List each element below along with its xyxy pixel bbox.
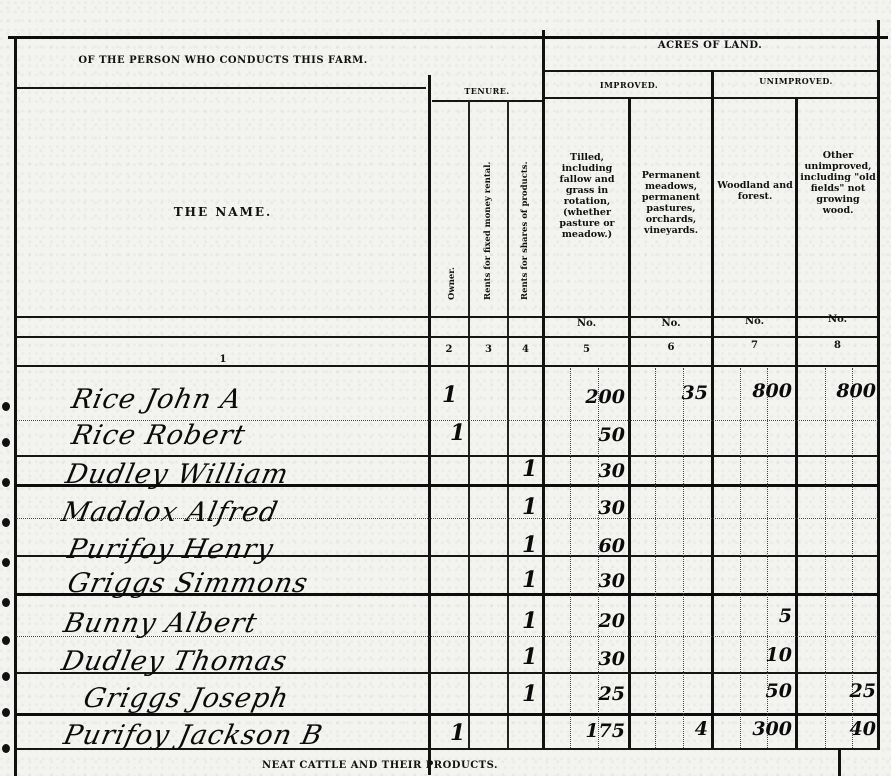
column-number: 6 [631, 342, 711, 353]
tilled-value: 60 [555, 535, 625, 557]
owner-mark: 1 [450, 420, 465, 446]
unit-label: No. [714, 316, 795, 327]
permanent-value: 4 [660, 718, 708, 740]
other-column-header: Other unimproved, including "old fields"… [800, 150, 876, 216]
shares-mark: 1 [522, 456, 537, 482]
shares-mark: 1 [522, 567, 537, 593]
line-marker [2, 478, 10, 487]
tilled-value: 30 [555, 460, 625, 482]
acres-section-header: Acres of land. [545, 40, 875, 51]
owner-mark: 1 [450, 720, 465, 746]
row-name: Purifoy Henry [65, 534, 277, 565]
tilled-value: 25 [555, 683, 625, 705]
col-divider [628, 97, 631, 750]
shares-mark: 1 [522, 644, 537, 670]
unit-label: No. [545, 318, 628, 329]
row-name: Dudley William [63, 459, 292, 490]
row-name: Rice John A [69, 384, 245, 415]
col-divider [838, 748, 841, 776]
line-marker [2, 744, 10, 753]
other-value: 25 [800, 680, 876, 702]
woodland-column-header: Woodland and forest. [716, 180, 794, 202]
col-divider [711, 70, 714, 750]
row-name: Griggs Simmons [65, 568, 312, 599]
row-name: Purifoy Jackson B [61, 720, 326, 751]
woodland-value: 10 [716, 644, 792, 666]
line-marker [2, 636, 10, 645]
tilled-value: 30 [555, 497, 625, 519]
col-divider [428, 75, 431, 775]
person-section-header: Of the person who conducts this farm. [18, 55, 428, 66]
shares-column-header: Rents for shares of products. [520, 161, 530, 300]
tilled-value: 30 [555, 570, 625, 592]
woodland-value: 300 [716, 718, 792, 740]
census-page: Of the person who conducts this farm. Ac… [0, 0, 891, 776]
divider [16, 87, 426, 89]
name-column-header: The Name. [18, 205, 428, 219]
row-name: Maddox Alfred [59, 497, 281, 528]
woodland-value: 800 [716, 380, 792, 402]
guide [683, 368, 684, 748]
tilled-column-header: Tilled, including fallow and grass in ro… [548, 152, 626, 240]
tilled-value: 50 [555, 424, 625, 446]
column-number: 7 [714, 340, 795, 351]
tilled-value: 200 [555, 386, 625, 408]
col-divider [507, 100, 509, 750]
line-marker [2, 672, 10, 681]
row-name: Bunny Albert [61, 608, 261, 639]
owner-mark: 1 [442, 382, 457, 408]
shares-mark: 1 [522, 494, 537, 520]
row-name: Dudley Thomas [59, 646, 291, 677]
divider [432, 100, 544, 102]
fixed-rental-column-header: Rents for fixed money rental. [483, 162, 493, 300]
divider [16, 365, 878, 367]
row-name: Rice Robert [69, 420, 249, 451]
column-number: 1 [18, 354, 428, 365]
top-border [8, 36, 888, 39]
line-marker [2, 558, 10, 567]
column-number: 4 [509, 344, 542, 355]
unit-label: No. [798, 314, 877, 325]
shares-mark: 1 [522, 532, 537, 558]
tilled-value: 30 [555, 648, 625, 670]
col-divider [468, 100, 470, 750]
tilled-value: 20 [555, 610, 625, 632]
line-marker [2, 518, 10, 527]
unit-label: No. [631, 318, 711, 329]
improved-header: Improved. [548, 80, 710, 90]
owner-column-header: Owner. [447, 267, 457, 300]
tilled-value: 175 [555, 720, 625, 742]
line-marker [2, 598, 10, 607]
row-name: Griggs Joseph [81, 683, 292, 714]
permanent-column-header: Permanent meadows, permanent pastures, o… [632, 170, 710, 236]
woodland-value: 50 [716, 680, 792, 702]
woodland-value: 5 [716, 605, 792, 627]
unimproved-header: Unimproved. [716, 76, 876, 86]
right-border [877, 20, 880, 750]
permanent-value: 35 [660, 382, 708, 404]
cattle-section-header: Neat cattle and their products. [262, 760, 602, 771]
divider [16, 336, 878, 338]
row-divider [16, 455, 878, 457]
other-value: 40 [800, 718, 876, 740]
column-number: 5 [545, 344, 628, 355]
line-marker [2, 708, 10, 717]
tenure-header: Tenure. [432, 86, 542, 96]
column-number: 2 [430, 344, 468, 355]
line-marker [2, 438, 10, 447]
col-divider [795, 97, 798, 750]
other-value: 800 [800, 380, 876, 402]
column-number: 3 [470, 344, 507, 355]
left-border [14, 36, 17, 776]
shares-mark: 1 [522, 608, 537, 634]
guide [655, 368, 656, 748]
column-number: 8 [798, 340, 877, 351]
col-divider [542, 30, 545, 750]
shares-mark: 1 [522, 681, 537, 707]
line-marker [2, 402, 10, 411]
